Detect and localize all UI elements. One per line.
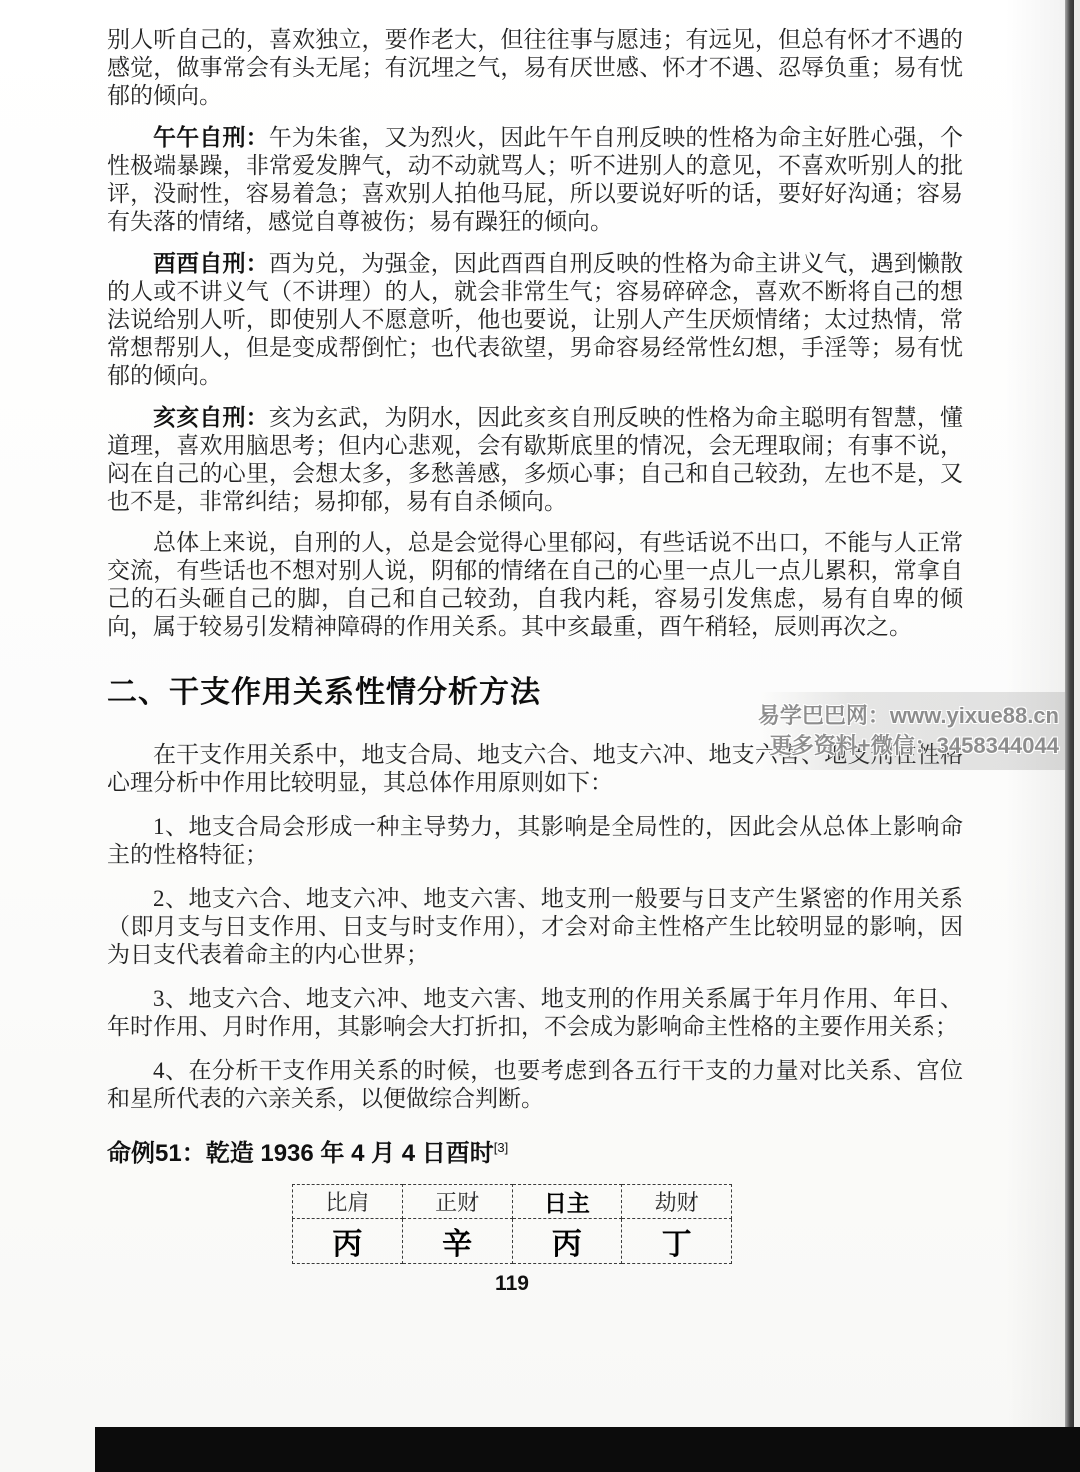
four-pillar-table: 比肩 正财 日主 劫财 丙 辛 丙 丁 [292, 1184, 732, 1264]
page-edge-line [1065, 0, 1074, 1472]
watermark: 易学巴巴网：www.yixue88.cn 更多资料+微信：3458344044 [760, 692, 1065, 770]
example-case-line: 命例51：乾造 1936 年 4 月 4 日酉时[3] [107, 1133, 963, 1168]
paragraph-wuwu-zixing: 午午自刑：午为朱雀，又为烈火，因此午午自刑反映的性格为命主好胜心强，个性极端暴躁… [107, 123, 963, 236]
principle-item-3: 3、地支六合、地支六冲、地支六害、地支刑的作用关系属于年月作用、年日、年时作用、… [107, 985, 963, 1041]
paragraph-lead: 午午自刑： [153, 124, 269, 150]
stem-cell-bing1: 丙 [293, 1219, 403, 1264]
principle-item-1: 1、地支合局会形成一种主导势力，其影响是全局性的，因此会从总体上影响命主的性格特… [107, 813, 963, 869]
page-edge-strip [1074, 0, 1080, 1472]
example-label: 命例51：乾造 1936 年 4 月 4 日酉时 [107, 1140, 494, 1167]
table-header-row: 比肩 正财 日主 劫财 [293, 1185, 732, 1219]
watermark-site-line: 易学巴巴网：www.yixue88.cn [758, 701, 1059, 731]
principle-item-4: 4、在分析干支作用关系的时候，也要考虑到各五行干支的力量对比关系、宫位和星所代表… [107, 1057, 963, 1113]
paragraph-text: 总体上来说，自刑的人，总是会觉得心里郁闷，有些话说不出口，不能与人正常交流，有些… [107, 530, 963, 639]
paragraph-continuation: 别人听自己的，喜欢独立，要作老大，但往往事与愿违；有远见，但总有怀才不遇的感觉，… [107, 26, 963, 110]
paragraph-lead: 酉酉自刑： [153, 250, 269, 276]
header-cell-bijian: 比肩 [293, 1185, 403, 1219]
paragraph-haihai-zixing: 亥亥自刑：亥为玄武，为阴水，因此亥亥自刑反映的性格为命主聪明有智慧，懂道理，喜欢… [107, 403, 963, 516]
stem-cell-xin: 辛 [402, 1219, 512, 1264]
watermark-contact-line: 更多资料+微信：3458344044 [770, 731, 1059, 761]
paragraph-text: 别人听自己的，喜欢独立，要作老大，但往往事与愿违；有远见，但总有怀才不遇的感觉，… [107, 27, 963, 108]
paragraph-lead: 亥亥自刑： [153, 404, 269, 430]
table-value-row: 丙 辛 丙 丁 [293, 1219, 732, 1264]
paragraph-summary: 总体上来说，自刑的人，总是会觉得心里郁闷，有些话说不出口，不能与人正常交流，有些… [107, 529, 963, 641]
photo-bottom-black-bar [95, 1427, 1080, 1472]
page-content: 别人听自己的，喜欢独立，要作老大，但往往事与愿违；有远见，但总有怀才不遇的感觉，… [107, 26, 963, 1296]
footnote-marker: [3] [494, 1140, 508, 1155]
page-number: 119 [292, 1272, 732, 1296]
header-cell-rizhu: 日主 [512, 1185, 622, 1219]
book-page: 别人听自己的，喜欢独立，要作老大，但往往事与愿违；有远见，但总有怀才不遇的感觉，… [0, 0, 1080, 1472]
paragraph-youyou-zixing: 酉酉自刑：酉为兑，为强金，因此酉酉自刑反映的性格为命主讲义气，遇到懒散的人或不讲… [107, 249, 963, 390]
header-cell-zhengcai: 正财 [402, 1185, 512, 1219]
stem-cell-bing2: 丙 [512, 1219, 622, 1264]
stem-cell-ding: 丁 [622, 1219, 732, 1264]
principle-item-2: 2、地支六合、地支六冲、地支六害、地支刑一般要与日支产生紧密的作用关系（即月支与… [107, 885, 963, 969]
header-cell-jiecai: 劫财 [622, 1185, 732, 1219]
